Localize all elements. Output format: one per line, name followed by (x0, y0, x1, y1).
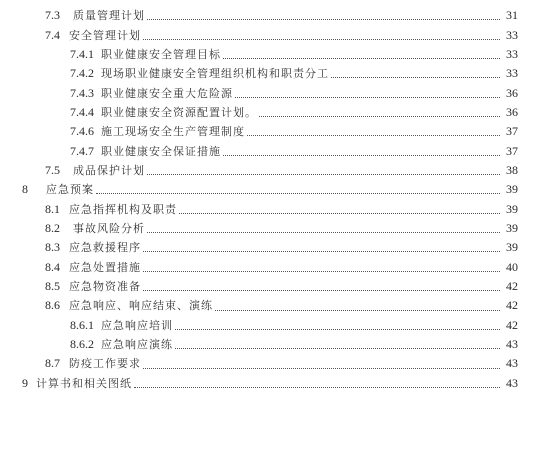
dot-leader (143, 250, 500, 252)
toc-entry-title: 应急响应演练 (101, 335, 173, 354)
toc-entry-page: 40 (502, 258, 518, 277)
dot-leader (147, 173, 500, 175)
toc-entry-title: 安全管理计划 (69, 26, 141, 45)
toc-entry-page: 37 (502, 142, 518, 161)
table-of-contents: 7.3 质量管理计划 31 7.4 安全管理计划 33 7.4.1 职业健康安全… (0, 6, 550, 393)
dot-leader (143, 289, 500, 291)
toc-entry-number: 7.4 (45, 26, 69, 45)
toc-entry-page: 33 (502, 26, 518, 45)
dot-leader (179, 212, 500, 214)
toc-entry-title: 应急救援程序 (69, 238, 141, 257)
dot-leader (235, 96, 500, 98)
toc-entry-number: 7.3 (45, 6, 73, 25)
toc-entry-page: 43 (502, 354, 518, 373)
toc-entry-title: 职业健康安全保证措施 (101, 142, 221, 161)
toc-entry-number: 7.4.1 (70, 45, 101, 64)
dot-leader (247, 134, 500, 136)
toc-entry-page: 39 (502, 180, 518, 199)
toc-entry-title: 防疫工作要求 (69, 354, 141, 373)
toc-entry-number: 8.6 (45, 296, 69, 315)
toc-entry-number: 7.4.7 (70, 142, 101, 161)
toc-entry-number: 8.5 (45, 277, 69, 296)
toc-entry-8-3[interactable]: 8.3 应急救援程序 39 (0, 238, 550, 257)
toc-entry-number: 7.4.3 (70, 84, 101, 103)
dot-leader (147, 231, 500, 233)
toc-entry-7-4-3[interactable]: 7.4.3 职业健康安全重大危险源 36 (0, 83, 550, 102)
dot-leader (223, 57, 500, 59)
toc-entry-title: 应急预案 (46, 180, 94, 199)
dot-leader (143, 270, 500, 272)
toc-entry-page: 42 (502, 296, 518, 315)
toc-entry-title: 应急物资准备 (69, 277, 141, 296)
toc-entry-7-5[interactable]: 7.5 成品保护计划 38 (0, 161, 550, 180)
toc-entry-number: 8.6.2 (70, 335, 101, 354)
toc-entry-7-4-2[interactable]: 7.4.2 现场职业健康安全管理组织机构和职责分工 33 (0, 64, 550, 83)
toc-entry-page: 43 (502, 335, 518, 354)
toc-entry-page: 33 (502, 64, 518, 83)
toc-entry-8-4[interactable]: 8.4 应急处置措施 40 (0, 257, 550, 276)
toc-entry-title: 职业健康安全资源配置计划。 (101, 103, 257, 122)
toc-entry-number: 7.4.4 (70, 103, 101, 122)
dot-leader (147, 18, 500, 20)
toc-entry-page: 31 (502, 6, 518, 25)
toc-entry-title: 应急响应、响应结束、演练 (69, 296, 213, 315)
toc-entry-number: 8.6.1 (70, 316, 101, 335)
toc-entry-number: 9 (22, 374, 36, 393)
toc-entry-number: 7.5 (45, 161, 73, 180)
toc-entry-page: 39 (502, 200, 518, 219)
toc-entry-9[interactable]: 9 计算书和相关图纸 43 (0, 374, 550, 393)
toc-entry-title: 应急指挥机构及职责 (69, 200, 177, 219)
toc-entry-number: 8 (22, 180, 46, 199)
dot-leader (223, 154, 500, 156)
dot-leader (331, 76, 500, 78)
toc-entry-page: 38 (502, 161, 518, 180)
toc-entry-title: 事故风险分析 (73, 219, 145, 238)
dot-leader (259, 115, 500, 117)
toc-entry-page: 42 (502, 277, 518, 296)
dot-leader (134, 386, 500, 388)
toc-entry-page: 33 (502, 45, 518, 64)
toc-entry-7-4-1[interactable]: 7.4.1 职业健康安全管理目标 33 (0, 45, 550, 64)
toc-entry-page: 39 (502, 238, 518, 257)
toc-entry-page: 37 (502, 122, 518, 141)
toc-entry-7-4-4[interactable]: 7.4.4 职业健康安全资源配置计划。 36 (0, 103, 550, 122)
dot-leader (143, 38, 500, 40)
toc-entry-title: 施工现场安全生产管理制度 (101, 122, 245, 141)
toc-entry-title: 职业健康安全管理目标 (101, 45, 221, 64)
toc-entry-7-4-7[interactable]: 7.4.7 职业健康安全保证措施 37 (0, 141, 550, 160)
toc-entry-number: 8.1 (45, 200, 69, 219)
toc-entry-title: 质量管理计划 (73, 6, 145, 25)
toc-entry-page: 36 (502, 84, 518, 103)
dot-leader (175, 328, 500, 330)
toc-entry-page: 39 (502, 219, 518, 238)
toc-entry-number: 8.4 (45, 258, 69, 277)
toc-entry-7-4[interactable]: 7.4 安全管理计划 33 (0, 25, 550, 44)
dot-leader (175, 347, 500, 349)
toc-entry-8-1[interactable]: 8.1 应急指挥机构及职责 39 (0, 199, 550, 218)
toc-entry-8-6-1[interactable]: 8.6.1 应急响应培训 42 (0, 316, 550, 335)
toc-entry-7-4-6[interactable]: 7.4.6 施工现场安全生产管理制度 37 (0, 122, 550, 141)
toc-entry-8-6[interactable]: 8.6 应急响应、响应结束、演练 42 (0, 296, 550, 315)
toc-entry-title: 应急响应培训 (101, 316, 173, 335)
toc-entry-page: 43 (502, 374, 518, 393)
toc-entry-8-2[interactable]: 8.2 事故风险分析 39 (0, 219, 550, 238)
toc-entry-title: 应急处置措施 (69, 258, 141, 277)
toc-entry-number: 8.2 (45, 219, 73, 238)
toc-entry-number: 7.4.6 (70, 122, 101, 141)
toc-entry-8-6-2[interactable]: 8.6.2 应急响应演练 43 (0, 335, 550, 354)
toc-entry-number: 8.3 (45, 238, 69, 257)
toc-entry-8-7[interactable]: 8.7 防疫工作要求 43 (0, 354, 550, 373)
toc-entry-title: 计算书和相关图纸 (36, 374, 132, 393)
toc-entry-number: 7.4.2 (70, 64, 101, 83)
dot-leader (143, 367, 500, 369)
toc-entry-title: 成品保护计划 (73, 161, 145, 180)
toc-entry-8-5[interactable]: 8.5 应急物资准备 42 (0, 277, 550, 296)
toc-entry-number: 8.7 (45, 354, 69, 373)
toc-entry-title: 现场职业健康安全管理组织机构和职责分工 (101, 64, 329, 83)
toc-entry-8[interactable]: 8 应急预案 39 (0, 180, 550, 199)
toc-entry-7-3[interactable]: 7.3 质量管理计划 31 (0, 6, 550, 25)
toc-entry-page: 42 (502, 316, 518, 335)
dot-leader (215, 309, 500, 311)
toc-entry-page: 36 (502, 103, 518, 122)
toc-entry-title: 职业健康安全重大危险源 (101, 84, 233, 103)
dot-leader (96, 192, 500, 194)
